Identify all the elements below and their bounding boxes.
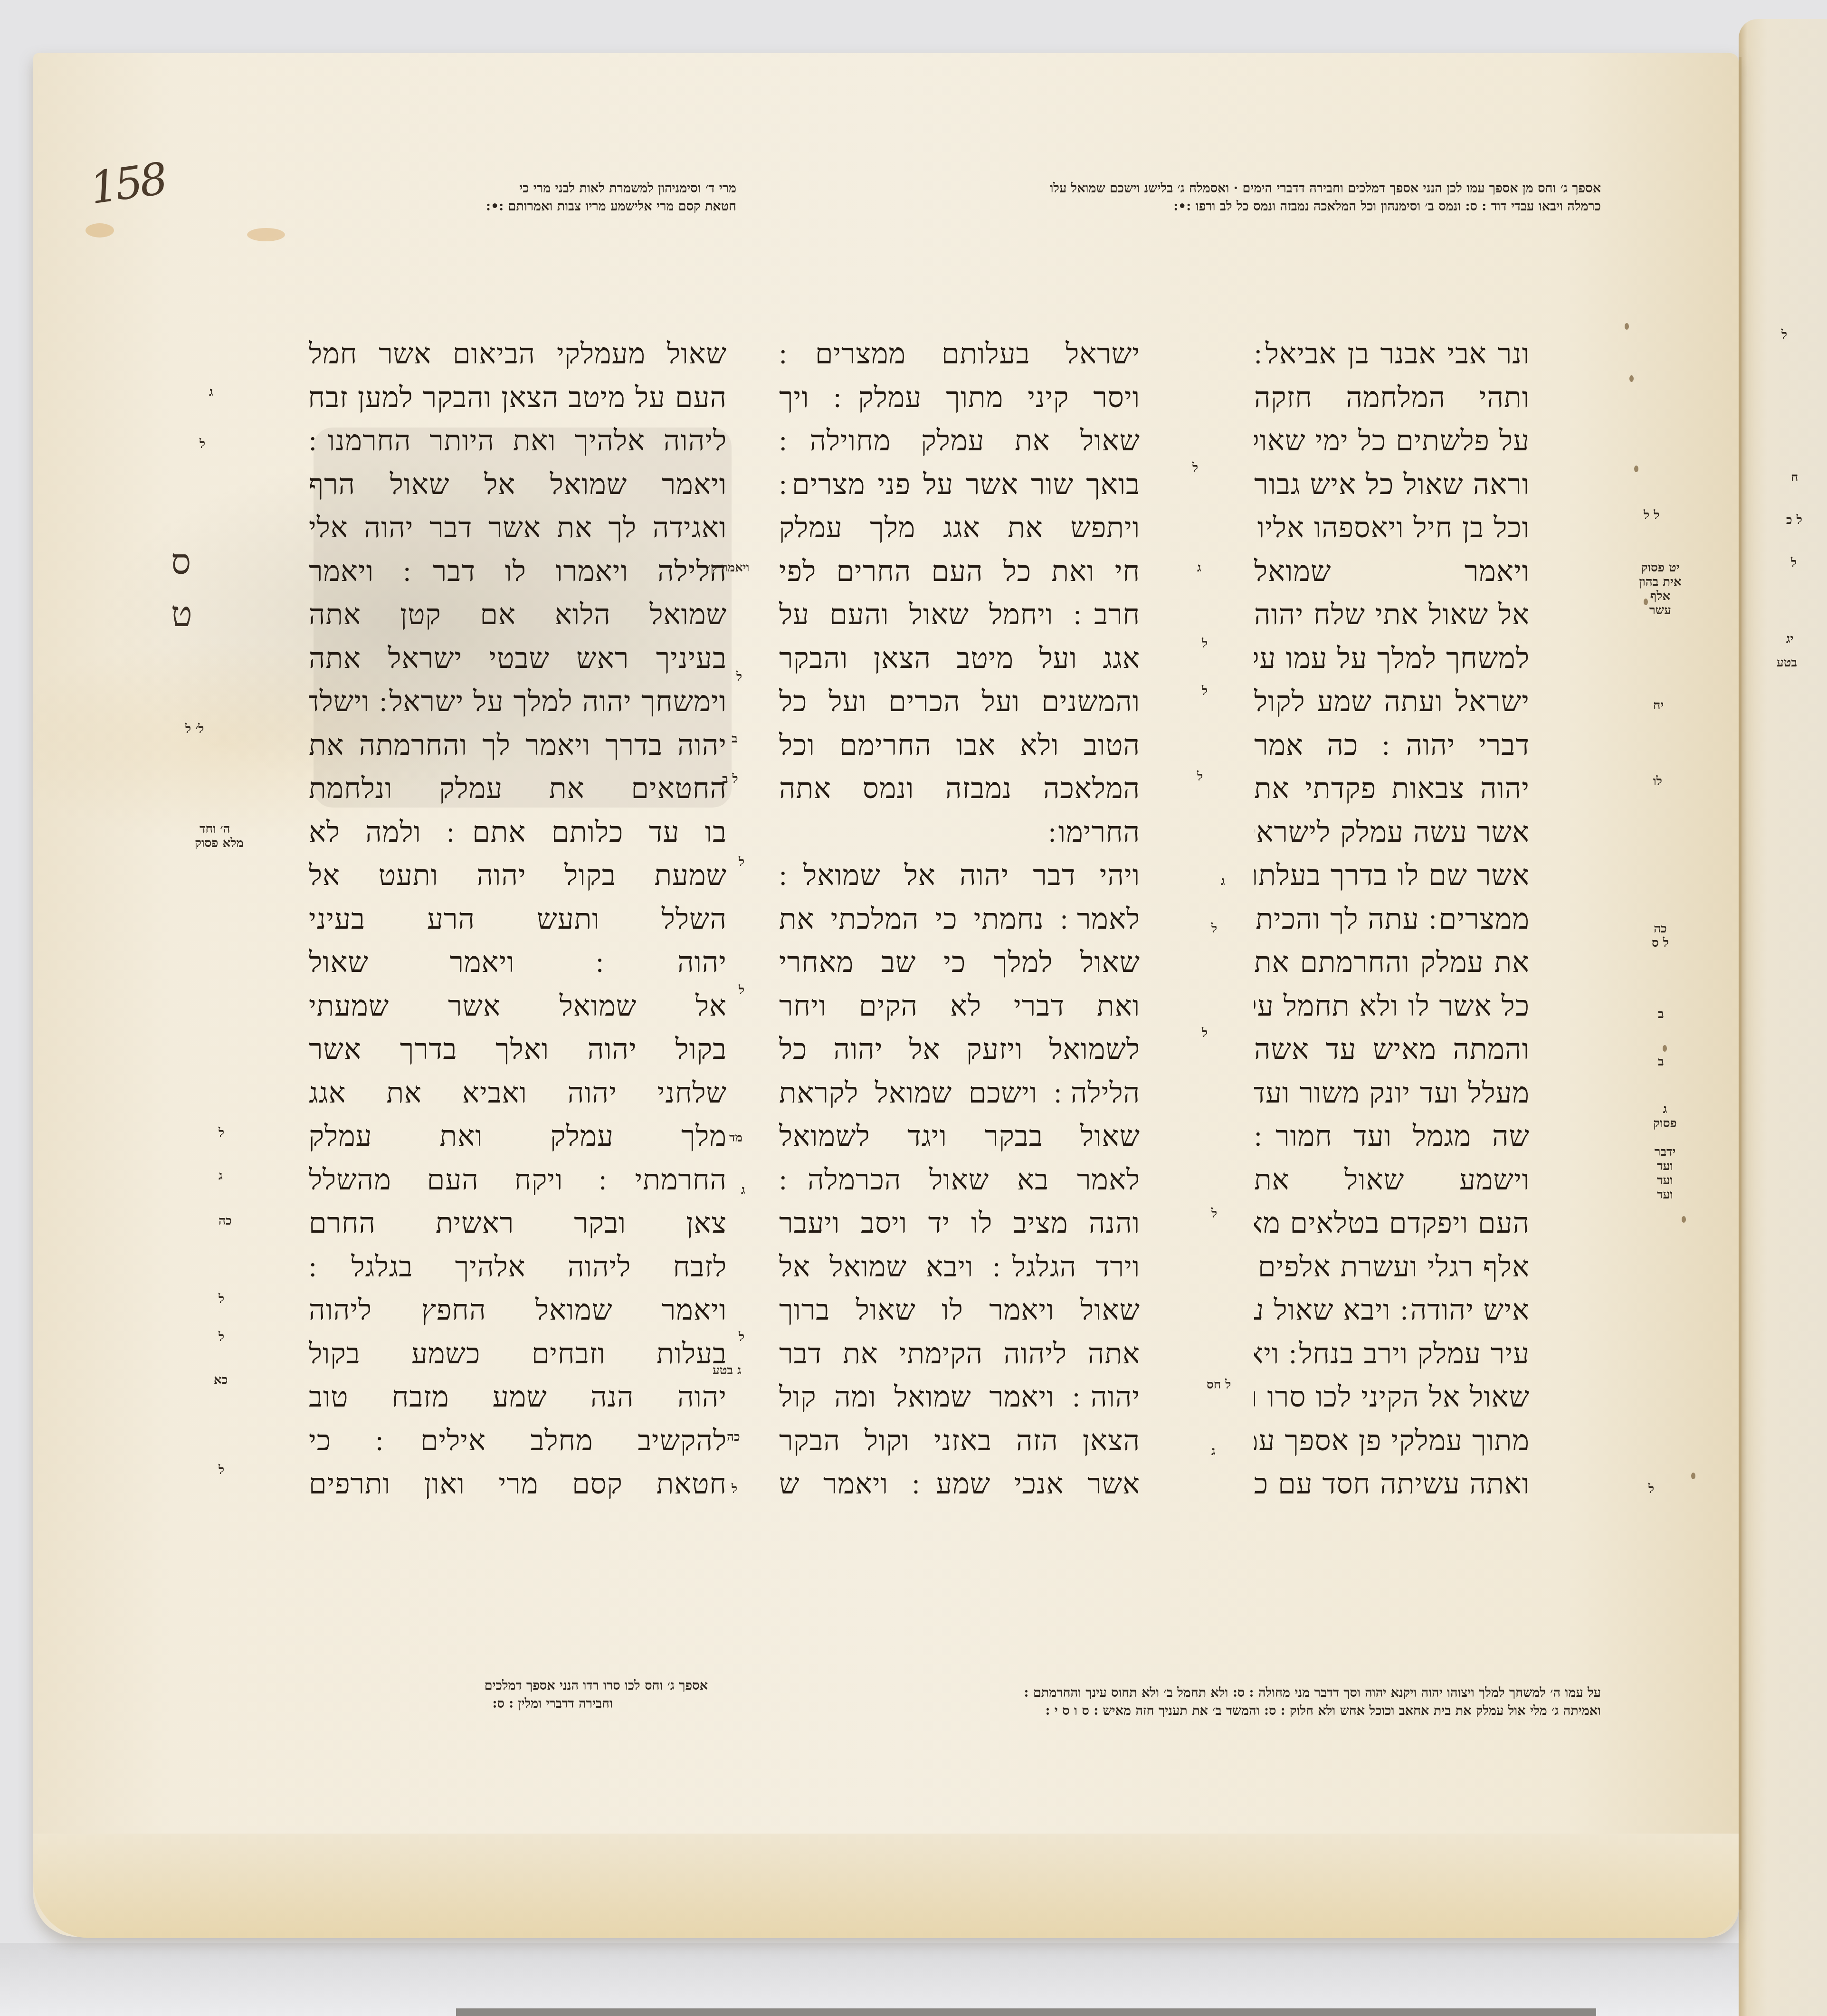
text-line: וראה שאול כל איש גבור [1254, 463, 1530, 507]
masorah-parva-note: ל [1202, 637, 1208, 651]
text-line: ואגידה לך את אשר דבר יהוה אלי [309, 506, 727, 550]
masorah-parva-note: כה ל ס [1651, 922, 1670, 950]
masorah-parva-note: מד [729, 1131, 742, 1145]
masorah-parva-note: ל [219, 1330, 224, 1344]
masorah-line: חטאת קסם מרי אלישמע מריו צבות ואמרותם :•… [318, 198, 736, 216]
masorah-parva-note: ל חס [1207, 1378, 1231, 1392]
text-line: שמואל הלוא אם קטן אתה [309, 593, 727, 637]
masorah-parva-note: ל [739, 855, 744, 869]
text-line: יהוה הנה שמע מזבח טוב [309, 1376, 727, 1419]
text-line: הלילה ויאמרו לו דבר ׃ ויאמר [309, 550, 727, 594]
text-line: ליהוה אלהיך ואת היותר החרמנו ׃ [309, 419, 727, 463]
masorah-parva-note: בטע [1777, 656, 1797, 670]
text-line: את עמלק והחרמתם את [1254, 941, 1530, 985]
masorah-parva-note: ל [1202, 684, 1208, 698]
masorah-parva-note: ג בטע [713, 1363, 742, 1378]
masorah-line: אספך ג׳ וחס לכו סרו רדו הנני אספך דמלכים [314, 1677, 708, 1695]
masorah-parva-note: ל [219, 1463, 224, 1477]
masorah-parva-note: ל [732, 1482, 737, 1496]
text-line: הלילה ׃ וישכם שמואל לקראת [779, 1072, 1140, 1115]
text-line: בעלות וזבחים כשמע בקול [309, 1332, 727, 1376]
text-line: שאול למלך כי שב מאחרי [779, 941, 1140, 985]
text-line: איש יהודה ׃ ויבא שאול עד [1254, 1289, 1530, 1332]
worm-hole [1629, 375, 1634, 382]
text-line: ישראל ועתה שמע לקול [1254, 680, 1530, 724]
text-line: ויהי דבר יהוה אל שמואל ׃ [779, 854, 1140, 898]
text-line: ונר אבי אבנר בן אביאל ׃ [1254, 333, 1530, 376]
text-line: ויאמר שמואל [1254, 550, 1530, 594]
stain-mark [86, 223, 114, 238]
worm-hole [1682, 1216, 1686, 1223]
masorah-parva-note: ל [1202, 1026, 1208, 1040]
masorah-parva-note: ג פסוק [1651, 1102, 1679, 1131]
text-line: שמעת בקול יהוה ותעט אל [309, 854, 727, 898]
masorah-line: ואמיתה ג׳ מלי אול עמלק את בית אחאב וכוכל… [779, 1702, 1601, 1720]
masorah-parva-note: ויאמר ק׳ [708, 561, 749, 575]
masorah-magna-top-left: מרי ד׳ וסימניהון למשמרת לאות לבני מרי כי… [318, 180, 736, 216]
text-line: מעלל ועד יונק משור ועד [1254, 1072, 1530, 1115]
stain-mark [247, 228, 285, 241]
text-line: וישמע שאול את [1254, 1159, 1530, 1202]
masorah-parva-note: ג [1197, 561, 1201, 575]
masorah-parva-note: ג [209, 385, 213, 399]
masorah-parva-note: ל [200, 437, 205, 451]
masorah-parva-note: ל [736, 670, 742, 684]
masorah-parva-note: מלא פסוק [195, 836, 244, 850]
masorah-magna-top-right: אספך ג׳ וחס מן אספך עמו לכן הנני אספך דמ… [808, 180, 1601, 216]
text-line: כל אשר לו ולא תחמל עליו [1254, 985, 1530, 1028]
masorah-parva-note: כה [219, 1214, 232, 1228]
text-line: שאול מעמלקי הביאום אשר חמל [309, 333, 727, 376]
text-line: בו עד כלותם אתם ׃ ולמה לא [309, 811, 727, 855]
masorah-parva-note: ל [219, 1126, 224, 1140]
masorah-parva-note: יט פסוק אית בהון אלף עשר [1639, 561, 1682, 618]
text-line: לאמר ׃ נחמתי כי המלכתי את [779, 898, 1140, 941]
masorah-parva-note: ל [1197, 770, 1203, 784]
text-line: יהוה ׃ ויאמר שאול [309, 941, 727, 985]
text-line: חרב ׃ ויחמל שאול והעם על [779, 593, 1140, 637]
gutter-shadow [1739, 57, 1741, 1910]
masorah-parva-note: ה׳ וחד [200, 822, 230, 836]
text-line: ואת דברי לא הקים ויחר [779, 985, 1140, 1028]
text-line: והנה מציב לו יד ויסב ויעבר [779, 1202, 1140, 1246]
text-line: לאמר בא שאול הכרמלה ׃ [779, 1159, 1140, 1202]
masorah-parva-note: ב [1658, 1055, 1664, 1069]
masorah-parva-note: ל כ [1786, 513, 1802, 527]
masorah-parva-note: ב [1658, 1007, 1664, 1021]
scan-edge-strip [456, 2008, 1596, 2016]
masorah-parva-note: ב [732, 732, 738, 746]
masorah-parva-note: ל ב [722, 772, 738, 786]
text-line: בעיניך ראש שבטי ישראל אתה [309, 637, 727, 681]
text-line: השלל ותעש הרע בעיני [309, 898, 727, 941]
text-line: הצאן הזה באזני וקול הבקר [779, 1419, 1140, 1463]
masorah-parva-note: ל [1791, 556, 1797, 570]
background-surface [0, 1943, 1827, 2016]
text-line: וירד הגלגל ׃ ויבא שמואל אל [779, 1246, 1140, 1289]
text-line: שאול את עמלק מחוילה ׃ [779, 419, 1140, 463]
text-line: אשר אנכי שמע ׃ ויאמר ש [779, 1463, 1140, 1506]
masorah-line: על עמו ה׳ למשחך למלך ויצוהו יהוה ויקנא י… [779, 1684, 1601, 1702]
masorah-parva-note: ל׳ ל [185, 722, 204, 736]
text-line: ויסר קיני מתוך עמלק ׃ ויך [779, 376, 1140, 420]
masorah-parva-note: ל [1781, 328, 1787, 342]
text-line: חי ואת כל העם החרים לפי [779, 550, 1140, 594]
worm-hole [1691, 1473, 1695, 1479]
text-line: יהוה צבאות פקדתי את [1254, 767, 1530, 811]
masorah-parva-note: כה [727, 1430, 740, 1444]
text-line: החרימו ׃ [779, 811, 1140, 855]
text-line: העם על מיטב הצאן והבקר למען זבח [309, 376, 727, 420]
masorah-parva-note: ג [1211, 1444, 1216, 1458]
masorah-parva-note: יח [1653, 698, 1664, 713]
text-line: מלך עמלק ואת עמלק [309, 1115, 727, 1159]
masorah-parva-note: ל [1192, 461, 1198, 475]
masorah-parva-note: כא [214, 1373, 228, 1387]
masorah-parva-note: ח [1791, 470, 1798, 485]
text-line: ויאמר שמואל אל שאול הרף [309, 463, 727, 507]
masorah-line: כרמלה ויבאו עבדי דוד : ס: ונמס ב׳ וסימנה… [808, 198, 1601, 216]
text-line: על פלשתים כל ימי שאול [1254, 419, 1530, 463]
text-line: ויתפש את אגג מלך עמלק [779, 506, 1140, 550]
text-line: שה מגמל ועד חמור ׃ [1254, 1115, 1530, 1159]
text-line: שאול בבקר ויגד לשמואל [779, 1115, 1140, 1159]
text-line: וימשחך יהוה למלך על ישראל ׃ וישלחך [309, 680, 727, 724]
masorah-parva-note: ידבר ועד ועד ועד [1653, 1145, 1677, 1202]
worm-hole [1663, 1045, 1667, 1052]
leaf-lower-margin [33, 1834, 1739, 1938]
text-line: שאול אל הקיני לכו סרו רדו [1254, 1376, 1530, 1419]
masorah-parva-note: לו [1653, 774, 1662, 789]
worm-hole [1625, 323, 1629, 330]
text-line: יהוה ׃ ויאמר שמואל ומה קול [779, 1376, 1140, 1419]
masorah-parva-note: ל ל [1644, 508, 1659, 523]
text-line: אל שמואל אשר שמעתי [309, 985, 727, 1028]
masorah-magna-bottom-left: אספך ג׳ וחס לכו סרו רדו הנני אספך דמלכים… [314, 1677, 708, 1713]
text-line: בואך שור אשר על פני מצרים ׃ [779, 463, 1140, 507]
text-line: אתה ליהוה הקימתי את דבר [779, 1332, 1140, 1376]
text-line: העם ויפקדם בטלאים מאתים [1254, 1202, 1530, 1246]
text-line: ותהי המלחמה חזקה [1254, 376, 1530, 420]
text-column-left: שאול מעמלקי הביאום אשר חמל העם על מיטב ה… [309, 333, 727, 1506]
masorah-parva-note: ג [1221, 874, 1225, 888]
masorah-line: מרי ד׳ וסימניהון למשמרת לאות לבני מרי כי [318, 180, 736, 198]
text-line: שלחני יהוה ואביא את אגג [309, 1072, 727, 1115]
text-line: ישראל בעלותם ממצרים ׃ [779, 333, 1140, 376]
text-line: לזבח ליהוה אלהיך בגלגל ׃ [309, 1246, 727, 1289]
text-line: שאול ויאמר לו שאול ברוך [779, 1289, 1140, 1332]
text-line: אשר שם לו בדרך בעלתו [1254, 854, 1530, 898]
seder-mark: ט [171, 594, 192, 635]
worm-hole [1634, 466, 1638, 472]
text-column-right: ונר אבי אבנר בן אביאל ׃ ותהי המלחמה חזקה… [1254, 333, 1530, 1506]
text-line: ויאמר שמואל החפץ ליהוה [309, 1289, 727, 1332]
text-line: ממצרים ׃ עתה לך והכיתה [1254, 898, 1530, 941]
text-line: למשחך למלך על עמו על [1254, 637, 1530, 681]
text-column-middle: ישראל בעלותם ממצרים ׃ ויסר קיני מתוך עמל… [779, 333, 1140, 1506]
text-line: חטאת קסם מרי ואון ותרפים [309, 1463, 727, 1506]
text-line: עיר עמלק וירב בנחל ׃ ויאמר [1254, 1332, 1530, 1376]
masorah-line: אספך ג׳ וחס מן אספך עמו לכן הנני אספך דמ… [808, 180, 1601, 198]
text-line: ואתה עשיתה חסד עם כל בני [1254, 1463, 1530, 1506]
text-line: צאן ובקר ראשית החרם [309, 1202, 727, 1246]
text-line: והמשנים ועל הכרים ועל כל [779, 680, 1140, 724]
masorah-parva-note: יג [1786, 632, 1793, 646]
masorah-parva-note: ל [1211, 1207, 1217, 1221]
text-line: וכל בן חיל ויאספהו אליו ׃ [1254, 506, 1530, 550]
setumah-mark: ס [171, 542, 191, 583]
text-line: יהוה בדרך ויאמר לך והחרמתה את [309, 724, 727, 768]
masorah-parva-note: ל [739, 983, 744, 998]
masorah-parva-note: ל [1648, 1482, 1654, 1496]
text-line: אגג ועל מיטב הצאן והבקר [779, 637, 1140, 681]
text-line: לשמואל ויזעק אל יהוה כל [779, 1028, 1140, 1072]
masorah-line: וחבירה דדברי ומלין : ס: [314, 1695, 708, 1713]
text-line: הטוב ולא אבו החרימם וכל [779, 724, 1140, 768]
text-line: בקול יהוה ואלך בדרך אשר [309, 1028, 727, 1072]
text-line: החטאים את עמלק ונלחמת [309, 767, 727, 811]
text-line: דברי יהוה ׃ כה אמר [1254, 724, 1530, 768]
text-line: המלאכה נמבזה ונמס אתה [779, 767, 1140, 811]
masorah-parva-note: ג [219, 1169, 223, 1183]
text-line: החרמתי ׃ ויקח העם מהשלל [309, 1159, 727, 1202]
masorah-parva-note: ל [1211, 922, 1217, 936]
text-line: מתוך עמלקי פן אספך עמו [1254, 1419, 1530, 1463]
masorah-parva-note: ל [739, 1330, 744, 1344]
masorah-parva-note: ל [219, 1292, 224, 1306]
text-line: אשר עשה עמלק לישראל [1254, 811, 1530, 855]
masorah-magna-bottom-right: על עמו ה׳ למשחך למלך ויצוהו יהוה ויקנא י… [779, 1684, 1601, 1720]
text-line: והמתה מאיש עד אשה [1254, 1028, 1530, 1072]
next-page-edge [1739, 19, 1827, 2016]
text-line: להקשיב מחלב אילים ׃ כי [309, 1419, 727, 1463]
masorah-parva-note: ג [741, 1183, 745, 1197]
text-line: אל שאול אתי שלח יהוה [1254, 593, 1530, 637]
text-line: אלף רגלי ועשרת אלפים את [1254, 1246, 1530, 1289]
